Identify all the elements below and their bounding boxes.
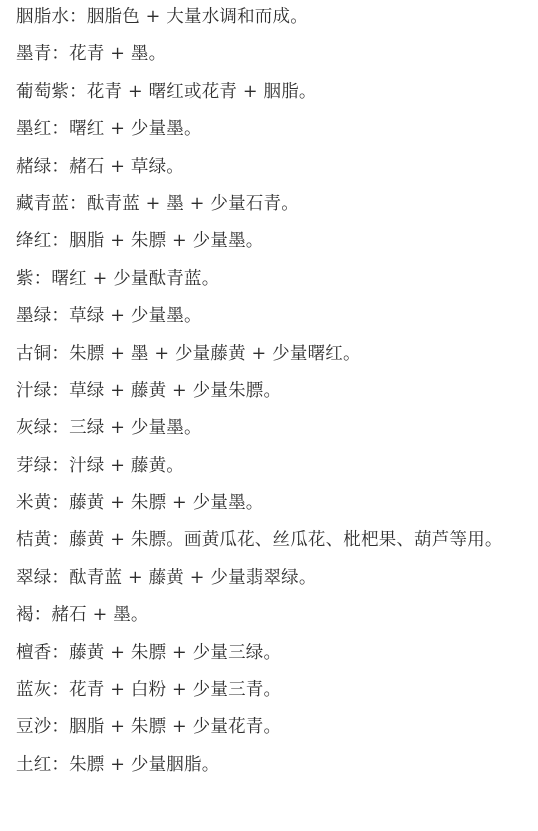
separator: ： bbox=[51, 119, 69, 139]
color-recipe: 藤黄 + 朱膘。画黄瓜花、丝瓜花、枇杷果、葫芦等用。 bbox=[69, 530, 503, 550]
color-recipe: 藤黄 + 朱膘 + 少量墨。 bbox=[69, 493, 263, 513]
color-recipe: 花青 + 曙红或花青 + 胭脂。 bbox=[87, 82, 317, 102]
separator: ： bbox=[51, 755, 69, 775]
color-mixing-list: 胭脂水：胭脂色 + 大量水调和而成。 墨青：花青 + 墨。 葡萄紫：花青 + 曙… bbox=[16, 3, 538, 788]
list-item: 米黄：藤黄 + 朱膘 + 少量墨。 bbox=[16, 489, 538, 526]
color-name: 墨青 bbox=[16, 44, 51, 64]
separator: ： bbox=[51, 157, 69, 177]
color-name: 墨绿 bbox=[16, 306, 51, 326]
list-item: 紫：曙红 + 少量酞青蓝。 bbox=[16, 265, 538, 302]
color-recipe: 胭脂 + 朱膘 + 少量墨。 bbox=[69, 231, 263, 251]
color-recipe: 酞青蓝 + 藤黄 + 少量翡翠绿。 bbox=[69, 568, 316, 588]
separator: ： bbox=[51, 680, 69, 700]
color-name: 米黄 bbox=[16, 493, 51, 513]
separator: ： bbox=[51, 717, 69, 737]
color-name: 翠绿 bbox=[16, 568, 51, 588]
color-recipe: 汁绿 + 藤黄。 bbox=[69, 456, 184, 476]
color-name: 绛红 bbox=[16, 231, 51, 251]
list-item: 藏青蓝：酞青蓝 + 墨 + 少量石青。 bbox=[16, 190, 538, 227]
separator: ： bbox=[51, 643, 69, 663]
color-recipe: 花青 + 墨。 bbox=[69, 44, 166, 64]
list-item: 古铜：朱膘 + 墨 + 少量藤黄 + 少量曙红。 bbox=[16, 340, 538, 377]
list-item: 桔黄：藤黄 + 朱膘。画黄瓜花、丝瓜花、枇杷果、葫芦等用。 bbox=[16, 526, 538, 563]
color-recipe: 赭石 + 墨。 bbox=[51, 605, 148, 625]
list-item: 翠绿：酞青蓝 + 藤黄 + 少量翡翠绿。 bbox=[16, 564, 538, 601]
separator: ： bbox=[51, 344, 69, 364]
color-name: 芽绿 bbox=[16, 456, 51, 476]
separator: ： bbox=[34, 269, 52, 289]
color-name: 蓝灰 bbox=[16, 680, 51, 700]
color-recipe: 曙红 + 少量墨。 bbox=[69, 119, 202, 139]
separator: ： bbox=[51, 306, 69, 326]
color-recipe: 花青 + 白粉 + 少量三青。 bbox=[69, 680, 281, 700]
color-recipe: 朱膘 + 墨 + 少量藤黄 + 少量曙红。 bbox=[69, 344, 361, 364]
color-name: 葡萄紫 bbox=[16, 82, 69, 102]
color-name: 褐 bbox=[16, 605, 34, 625]
color-recipe: 草绿 + 藤黄 + 少量朱膘。 bbox=[69, 381, 281, 401]
color-recipe: 胭脂色 + 大量水调和而成。 bbox=[87, 7, 308, 27]
list-item: 芽绿：汁绿 + 藤黄。 bbox=[16, 452, 538, 489]
list-item: 墨绿：草绿 + 少量墨。 bbox=[16, 302, 538, 339]
list-item: 汁绿：草绿 + 藤黄 + 少量朱膘。 bbox=[16, 377, 538, 414]
separator: ： bbox=[51, 493, 69, 513]
list-item: 土红：朱膘 + 少量胭脂。 bbox=[16, 751, 538, 788]
separator: ： bbox=[51, 568, 69, 588]
list-item: 灰绿：三绿 + 少量墨。 bbox=[16, 414, 538, 451]
list-item: 褐：赭石 + 墨。 bbox=[16, 601, 538, 638]
color-name: 藏青蓝 bbox=[16, 194, 69, 214]
separator: ： bbox=[69, 194, 87, 214]
color-name: 墨红 bbox=[16, 119, 51, 139]
list-item: 胭脂水：胭脂色 + 大量水调和而成。 bbox=[16, 3, 538, 40]
separator: ： bbox=[69, 7, 87, 27]
separator: ： bbox=[51, 530, 69, 550]
color-name: 汁绿 bbox=[16, 381, 51, 401]
separator: ： bbox=[69, 82, 87, 102]
list-item: 绛红：胭脂 + 朱膘 + 少量墨。 bbox=[16, 227, 538, 264]
color-recipe: 赭石 + 草绿。 bbox=[69, 157, 184, 177]
separator: ： bbox=[51, 456, 69, 476]
list-item: 蓝灰：花青 + 白粉 + 少量三青。 bbox=[16, 676, 538, 713]
color-name: 檀香 bbox=[16, 643, 51, 663]
separator: ： bbox=[51, 418, 69, 438]
color-recipe: 草绿 + 少量墨。 bbox=[69, 306, 202, 326]
color-recipe: 朱膘 + 少量胭脂。 bbox=[69, 755, 219, 775]
color-name: 豆沙 bbox=[16, 717, 51, 737]
separator: ： bbox=[51, 231, 69, 251]
color-name: 胭脂水 bbox=[16, 7, 69, 27]
list-item: 檀香：藤黄 + 朱膘 + 少量三绿。 bbox=[16, 639, 538, 676]
color-name: 桔黄 bbox=[16, 530, 51, 550]
color-name: 土红 bbox=[16, 755, 51, 775]
separator: ： bbox=[51, 44, 69, 64]
color-recipe: 曙红 + 少量酞青蓝。 bbox=[51, 269, 219, 289]
color-recipe: 藤黄 + 朱膘 + 少量三绿。 bbox=[69, 643, 281, 663]
color-recipe: 三绿 + 少量墨。 bbox=[69, 418, 202, 438]
separator: ： bbox=[34, 605, 52, 625]
list-item: 豆沙：胭脂 + 朱膘 + 少量花青。 bbox=[16, 713, 538, 750]
color-name: 灰绿 bbox=[16, 418, 51, 438]
list-item: 葡萄紫：花青 + 曙红或花青 + 胭脂。 bbox=[16, 78, 538, 115]
color-name: 赭绿 bbox=[16, 157, 51, 177]
list-item: 墨青：花青 + 墨。 bbox=[16, 40, 538, 77]
color-name: 古铜 bbox=[16, 344, 51, 364]
list-item: 赭绿：赭石 + 草绿。 bbox=[16, 153, 538, 190]
color-recipe: 胭脂 + 朱膘 + 少量花青。 bbox=[69, 717, 281, 737]
separator: ： bbox=[51, 381, 69, 401]
color-recipe: 酞青蓝 + 墨 + 少量石青。 bbox=[87, 194, 299, 214]
color-name: 紫 bbox=[16, 269, 34, 289]
list-item: 墨红：曙红 + 少量墨。 bbox=[16, 115, 538, 152]
